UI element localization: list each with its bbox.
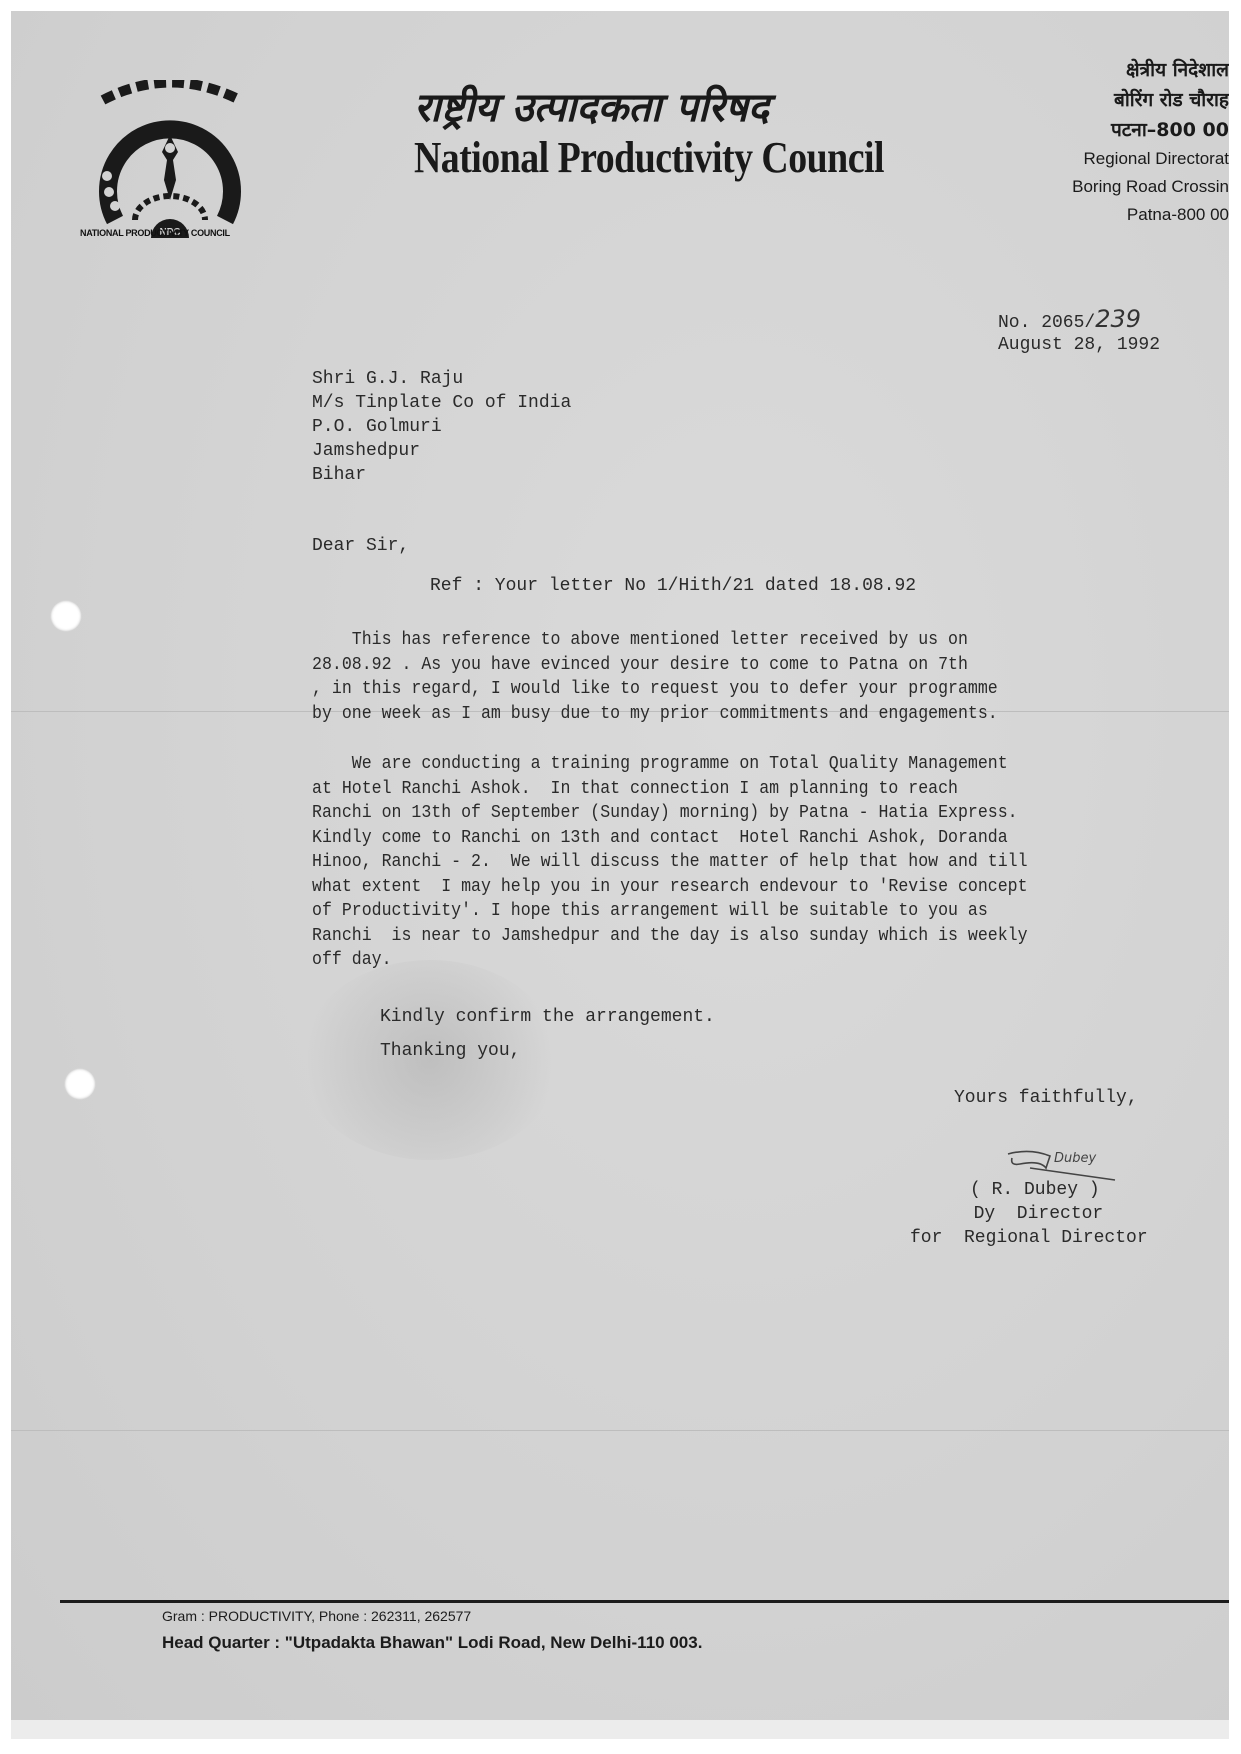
body-line: of Productivity'. I hope this arrangemen… (312, 899, 1028, 924)
letter-date: August 28, 1992 (998, 335, 1160, 355)
paper-bottom-edge (11, 1720, 1229, 1739)
punch-hole (50, 600, 82, 632)
office-hindi-line: बोरिंग रोड चौराह (1072, 85, 1229, 115)
office-hindi-line: पटना–800 00 (1072, 115, 1229, 145)
body-line: , in this regard, I would like to reques… (312, 677, 998, 702)
org-name-english: National Productivity Council (414, 132, 884, 183)
closing-lines: Kindly confirm the arrangement.Thanking … (380, 1000, 715, 1068)
footer-contact: Gram : PRODUCTIVITY, Phone : 262311, 262… (162, 1608, 471, 1624)
office-english-line: Regional Directorat (1072, 145, 1229, 173)
signature-block: ( R. Dubey ) Dy Directorfor Regional Dir… (910, 1178, 1148, 1250)
logo-caption: NATIONAL PRODUCTIVITY COUNCIL (80, 228, 230, 238)
address-line: Jamshedpur (312, 439, 571, 463)
signatory-office: for Regional Director (910, 1226, 1148, 1250)
body-line: This has reference to above mentioned le… (312, 628, 998, 653)
recipient-address: Shri G.J. RajuM/s Tinplate Co of IndiaP.… (312, 367, 571, 487)
svg-text:Dubey: Dubey (1054, 1151, 1096, 1166)
signoff: Yours faithfully, (954, 1088, 1138, 1108)
body-line: We are conducting a training programme o… (312, 752, 1028, 777)
signatory-name: ( R. Dubey ) (910, 1178, 1148, 1202)
body-line: what extent I may help you in your resea… (312, 875, 1028, 900)
body-line: Ranchi on 13th of September (Sunday) mor… (312, 801, 1028, 826)
npc-emblem-icon: NPC (75, 80, 265, 245)
body-line: off day. (312, 948, 1028, 973)
address-line: Shri G.J. Raju (312, 367, 571, 391)
org-name-hindi: राष्ट्रीय उत्पादकता परिषद (414, 78, 769, 133)
body-line: Kindly come to Ranchi on 13th and contac… (312, 826, 1028, 851)
punch-hole (64, 1068, 96, 1100)
office-hindi-line: क्षेत्रीय निदेशाल (1072, 55, 1229, 85)
salutation: Dear Sir, (312, 536, 409, 556)
body-line: by one week as I am busy due to my prior… (312, 702, 998, 727)
reference-number: No. 2065/ (998, 313, 1095, 333)
reference-block: No. 2065/239 August 28, 1992 (998, 308, 1160, 356)
body-line: Hinoo, Ranchi - 2. We will discuss the m… (312, 850, 1028, 875)
fold-line (11, 1430, 1229, 1431)
footer-divider (60, 1600, 1229, 1603)
address-line: P.O. Golmuri (312, 415, 571, 439)
body-paragraph-1: This has reference to above mentioned le… (312, 628, 998, 726)
office-english-line: Patna-800 00 (1072, 201, 1229, 229)
office-english-line: Boring Road Crossin (1072, 173, 1229, 201)
address-line: M/s Tinplate Co of India (312, 391, 571, 415)
body-line: at Hotel Ranchi Ashok. In that connectio… (312, 777, 1028, 802)
footer-headquarters: Head Quarter : "Utpadakta Bhawan" Lodi R… (162, 1633, 702, 1653)
office-address-block: क्षेत्रीय निदेशाल बोरिंग रोड चौराह पटना–… (1010, 55, 1229, 270)
address-line: Bihar (312, 463, 571, 487)
closing-line: Thanking you, (380, 1034, 715, 1068)
body-line: 28.08.92 . As you have evinced your desi… (312, 653, 998, 678)
closing-line: Kindly confirm the arrangement. (380, 1000, 715, 1034)
signatory-title: Dy Director (910, 1202, 1148, 1226)
body-paragraph-2: We are conducting a training programme o… (312, 752, 1028, 973)
subject-line: Ref : Your letter No 1/Hith/21 dated 18.… (430, 576, 916, 596)
body-line: Ranchi is near to Jamshedpur and the day… (312, 924, 1028, 949)
handwritten-number: 239 (1095, 305, 1141, 333)
